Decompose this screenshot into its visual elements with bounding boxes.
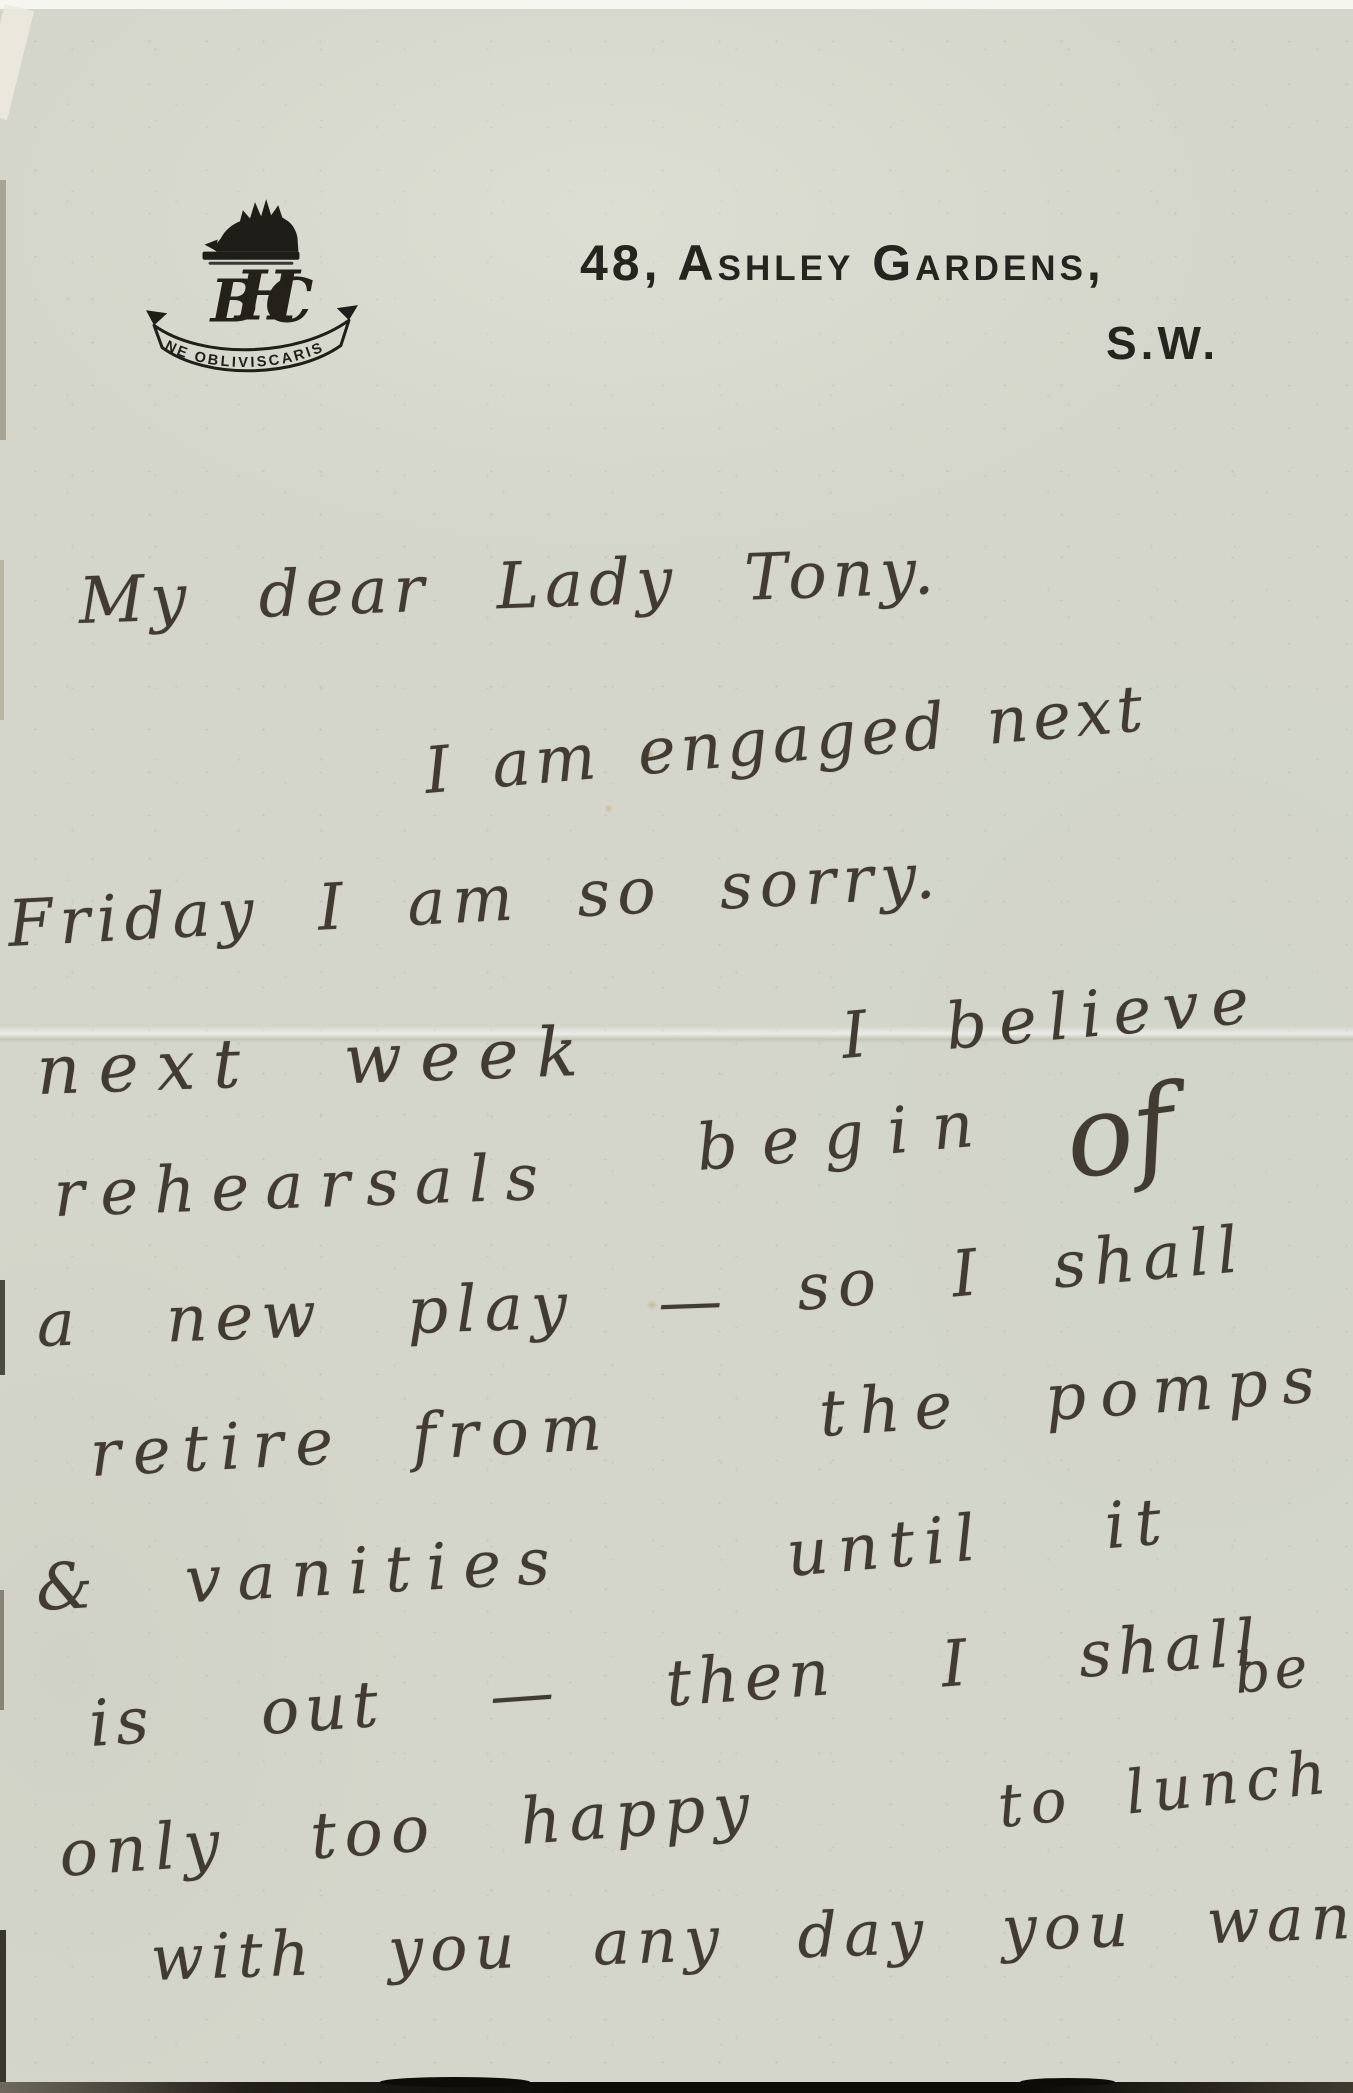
fox-spot: [604, 804, 613, 813]
letter-scan: B H C NE OBLIVISCARIS 48, Ashley Gardens…: [0, 0, 1353, 2093]
crest-monogram: B H C: [209, 256, 314, 336]
scan-edge-bottom: [0, 2082, 1353, 2093]
paper-edge-shadow: [0, 1590, 4, 1710]
handwriting-segment: of: [1057, 1061, 1183, 1205]
paper-edge-shadow: [0, 1930, 6, 2085]
monogram-letter: C: [265, 265, 313, 336]
scan-edge-blob: [1020, 2078, 1115, 2086]
paper-edge-tear: [0, 180, 6, 440]
family-crest: B H C NE OBLIVISCARIS: [146, 188, 358, 390]
letterhead-district: S.W.: [1106, 316, 1219, 370]
scan-edge-top: [0, 0, 1353, 9]
handwriting-segment: be: [1231, 1634, 1314, 1707]
letterhead-address: 48, Ashley Gardens,: [580, 234, 1105, 292]
paper-edge-shadow: [0, 1280, 5, 1375]
boar-head-crest-icon: [203, 199, 300, 265]
crest-graphic: B H C NE OBLIVISCARIS: [146, 188, 358, 390]
scan-edge-blob: [380, 2077, 530, 2087]
paper-edge-tear: [0, 560, 4, 720]
